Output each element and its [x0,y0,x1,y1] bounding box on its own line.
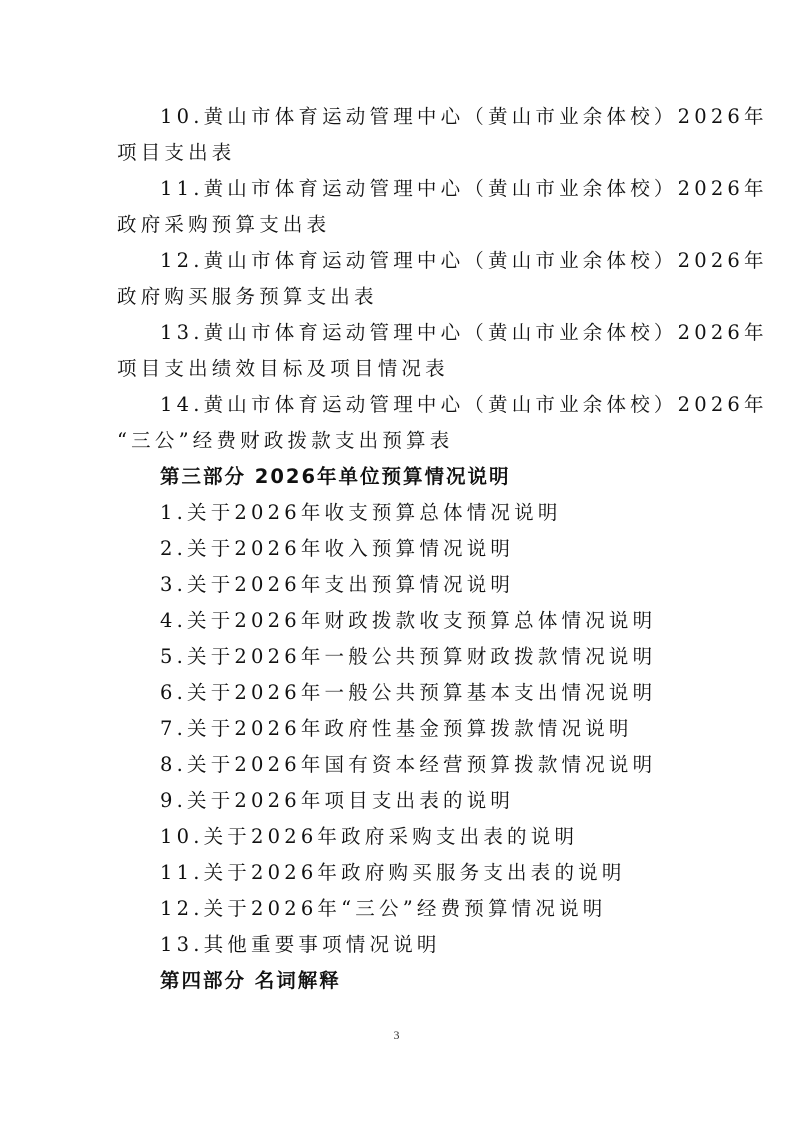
toc-part3-item-6: 6.关于2026年一般公共预算基本支出情况说明 [160,680,656,706]
toc-part3-item-7: 7.关于2026年政府性基金预算拨款情况说明 [160,716,633,742]
section-heading-part4: 第四部分 名词解释 [160,968,341,994]
toc-item-10-line1: 10.黄山市体育运动管理中心（黄山市业余体校）2026年 [160,104,768,130]
toc-part3-item-8: 8.关于2026年国有资本经营预算拨款情况说明 [160,752,656,778]
toc-part3-item-3: 3.关于2026年支出预算情况说明 [160,572,514,598]
section-heading-part3: 第三部分 2026年单位预算情况说明 [160,464,511,490]
toc-part3-item-1: 1.关于2026年收支预算总体情况说明 [160,500,562,526]
toc-part3-item-9: 9.关于2026年项目支出表的说明 [160,788,514,814]
toc-item-11-line2: 政府采购预算支出表 [117,212,330,238]
toc-item-12-line1: 12.黄山市体育运动管理中心（黄山市业余体校）2026年 [160,248,768,274]
toc-part3-item-13: 13.其他重要事项情况说明 [160,932,441,958]
page-number: 3 [0,1028,793,1043]
toc-part3-item-5: 5.关于2026年一般公共预算财政拨款情况说明 [160,644,656,670]
toc-item-13-line2: 项目支出绩效目标及项目情况表 [117,356,449,382]
toc-part3-item-4: 4.关于2026年财政拨款收支预算总体情况说明 [160,608,656,634]
toc-item-14-line2: “三公”经费财政拨款支出预算表 [117,428,453,454]
toc-item-13-line1: 13.黄山市体育运动管理中心（黄山市业余体校）2026年 [160,320,768,346]
toc-part3-item-12: 12.关于2026年“三公”经费预算情况说明 [160,896,606,922]
toc-item-12-line2: 政府购买服务预算支出表 [117,284,378,310]
toc-part3-item-11: 11.关于2026年政府购买服务支出表的说明 [160,860,626,886]
toc-part3-item-2: 2.关于2026年收入预算情况说明 [160,536,514,562]
toc-item-10-line2: 项目支出表 [117,140,236,166]
toc-item-11-line1: 11.黄山市体育运动管理中心（黄山市业余体校）2026年 [160,176,768,202]
document-page: 10.黄山市体育运动管理中心（黄山市业余体校）2026年 项目支出表 11.黄山… [0,0,793,1122]
toc-item-14-line1: 14.黄山市体育运动管理中心（黄山市业余体校）2026年 [160,392,768,418]
toc-part3-item-10: 10.关于2026年政府采购支出表的说明 [160,824,578,850]
